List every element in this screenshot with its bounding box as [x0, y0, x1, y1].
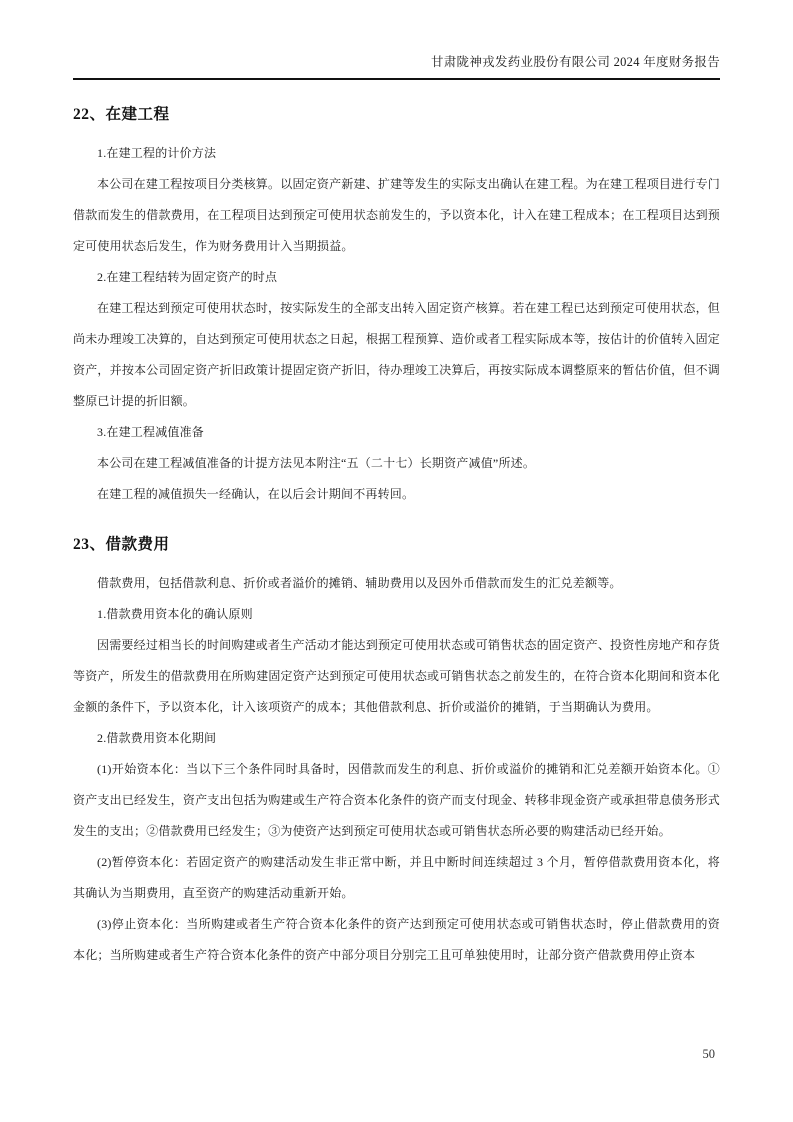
report-page: 甘肃陇神戎发药业股份有限公司 2024 年度财务报告 22、在建工程 1.在建工…: [0, 0, 793, 1122]
clause-paragraph: 本公司在建工程按项目分类核算。以固定资产新建、扩建等发生的实际支出确认在建工程。…: [73, 169, 720, 262]
section-construction-in-progress: 22、在建工程 1.在建工程的计价方法 本公司在建工程按项目分类核算。以固定资产…: [73, 105, 720, 510]
clause-paragraph: 在建工程的减值损失一经确认，在以后会计期间不再转回。: [73, 479, 720, 510]
clause-paragraph: 借款费用，包括借款利息、折价或者溢价的摊销、辅助费用以及因外币借款而发生的汇兑差…: [73, 568, 720, 599]
page-number: 50: [703, 1047, 716, 1062]
section-heading-23: 23、借款费用: [73, 535, 720, 555]
section-borrowing-costs: 23、借款费用 借款费用，包括借款利息、折价或者溢价的摊销、辅助费用以及因外币借…: [73, 535, 720, 971]
clause-paragraph: 本公司在建工程减值准备的计提方法见本附注“五（二十七）长期资产减值”所述。: [73, 448, 720, 479]
section-heading-22: 22、在建工程: [73, 105, 720, 125]
clause-paragraph: 因需要经过相当长的时间购建或者生产活动才能达到预定可使用状态或可销售状态的固定资…: [73, 630, 720, 723]
clause-paragraph: (1)开始资本化：当以下三个条件同时具备时，因借款而发生的利息、折价或溢价的摊销…: [73, 754, 720, 847]
clause-paragraph: 1.借款费用资本化的确认原则: [73, 599, 720, 630]
clause-paragraph: 2.借款费用资本化期间: [73, 723, 720, 754]
clause-paragraph: 在建工程达到预定可使用状态时，按实际发生的全部支出转入固定资产核算。若在建工程已…: [73, 293, 720, 417]
clause-paragraph: (2)暂停资本化：若固定资产的购建活动发生非正常中断，并且中断时间连续超过 3 …: [73, 847, 720, 909]
clause-paragraph: (3)停止资本化：当所购建或者生产符合资本化条件的资产达到预定可使用状态或可销售…: [73, 909, 720, 971]
clause-paragraph: 1.在建工程的计价方法: [73, 138, 720, 169]
clause-paragraph: 3.在建工程减值准备: [73, 417, 720, 448]
page-header-title: 甘肃陇神戎发药业股份有限公司 2024 年度财务报告: [73, 55, 720, 80]
clause-paragraph: 2.在建工程结转为固定资产的时点: [73, 262, 720, 293]
